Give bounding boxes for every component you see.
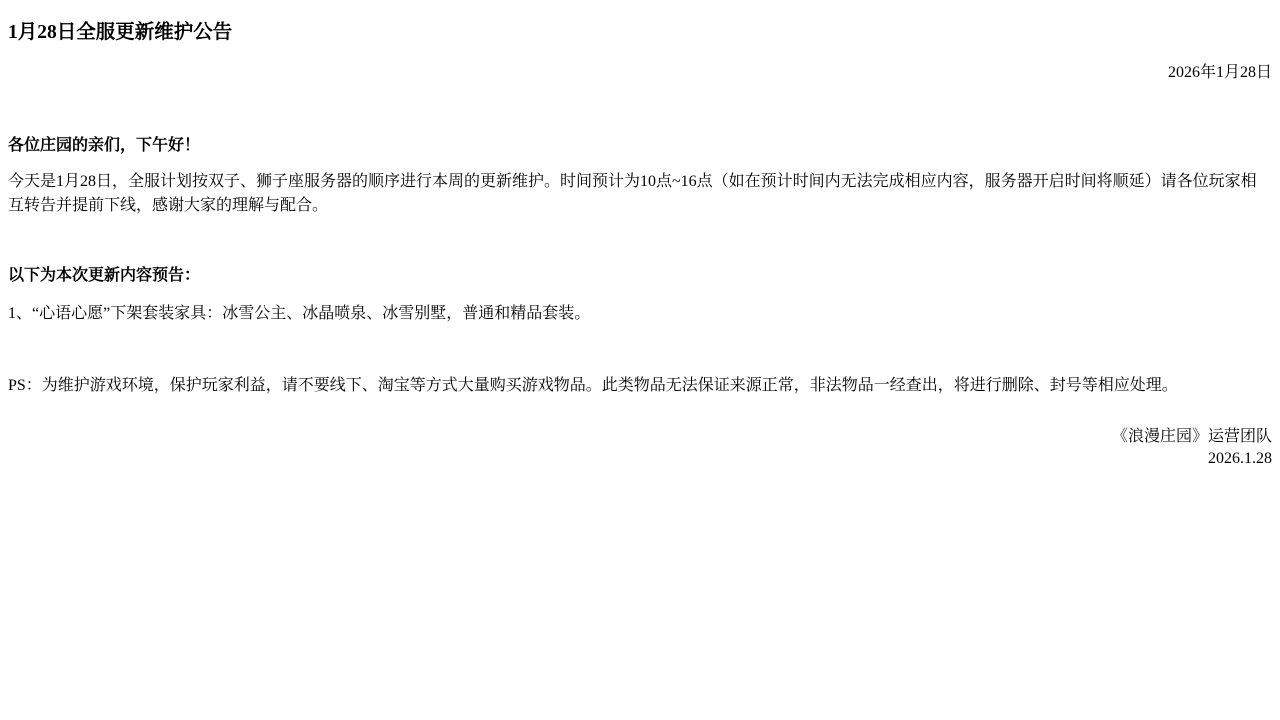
maintenance-notice-paragraph: 今天是1月28日，全服计划按双子、狮子座服务器的顺序进行本周的更新维护。时间预计… — [8, 170, 1272, 218]
signature-team: 《浪漫庄园》运营团队 — [8, 426, 1272, 448]
signature-date: 2026.1.28 — [8, 448, 1272, 470]
update-preview-heading: 以下为本次更新内容预告： — [8, 266, 1272, 285]
announcement-title: 1月28日全服更新维护公告 — [8, 21, 1272, 44]
ps-note: PS：为维护游戏环境，保护玩家利益，请不要线下、淘宝等方式大量购买游戏物品。此类… — [8, 374, 1272, 398]
update-item-1: 1、“心语心愿”下架套装家具：冰雪公主、冰晶喷泉、冰雪别墅，普通和精品套装。 — [8, 302, 1272, 326]
announcement-page: 1月28日全服更新维护公告 2026年1月28日 各位庄园的亲们，下午好！ 今天… — [0, 0, 1280, 720]
signature-block: 《浪漫庄园》运营团队 2026.1.28 — [8, 426, 1272, 471]
greeting-text: 各位庄园的亲们，下午好！ — [8, 136, 1272, 155]
announcement-date: 2026年1月28日 — [8, 63, 1272, 82]
